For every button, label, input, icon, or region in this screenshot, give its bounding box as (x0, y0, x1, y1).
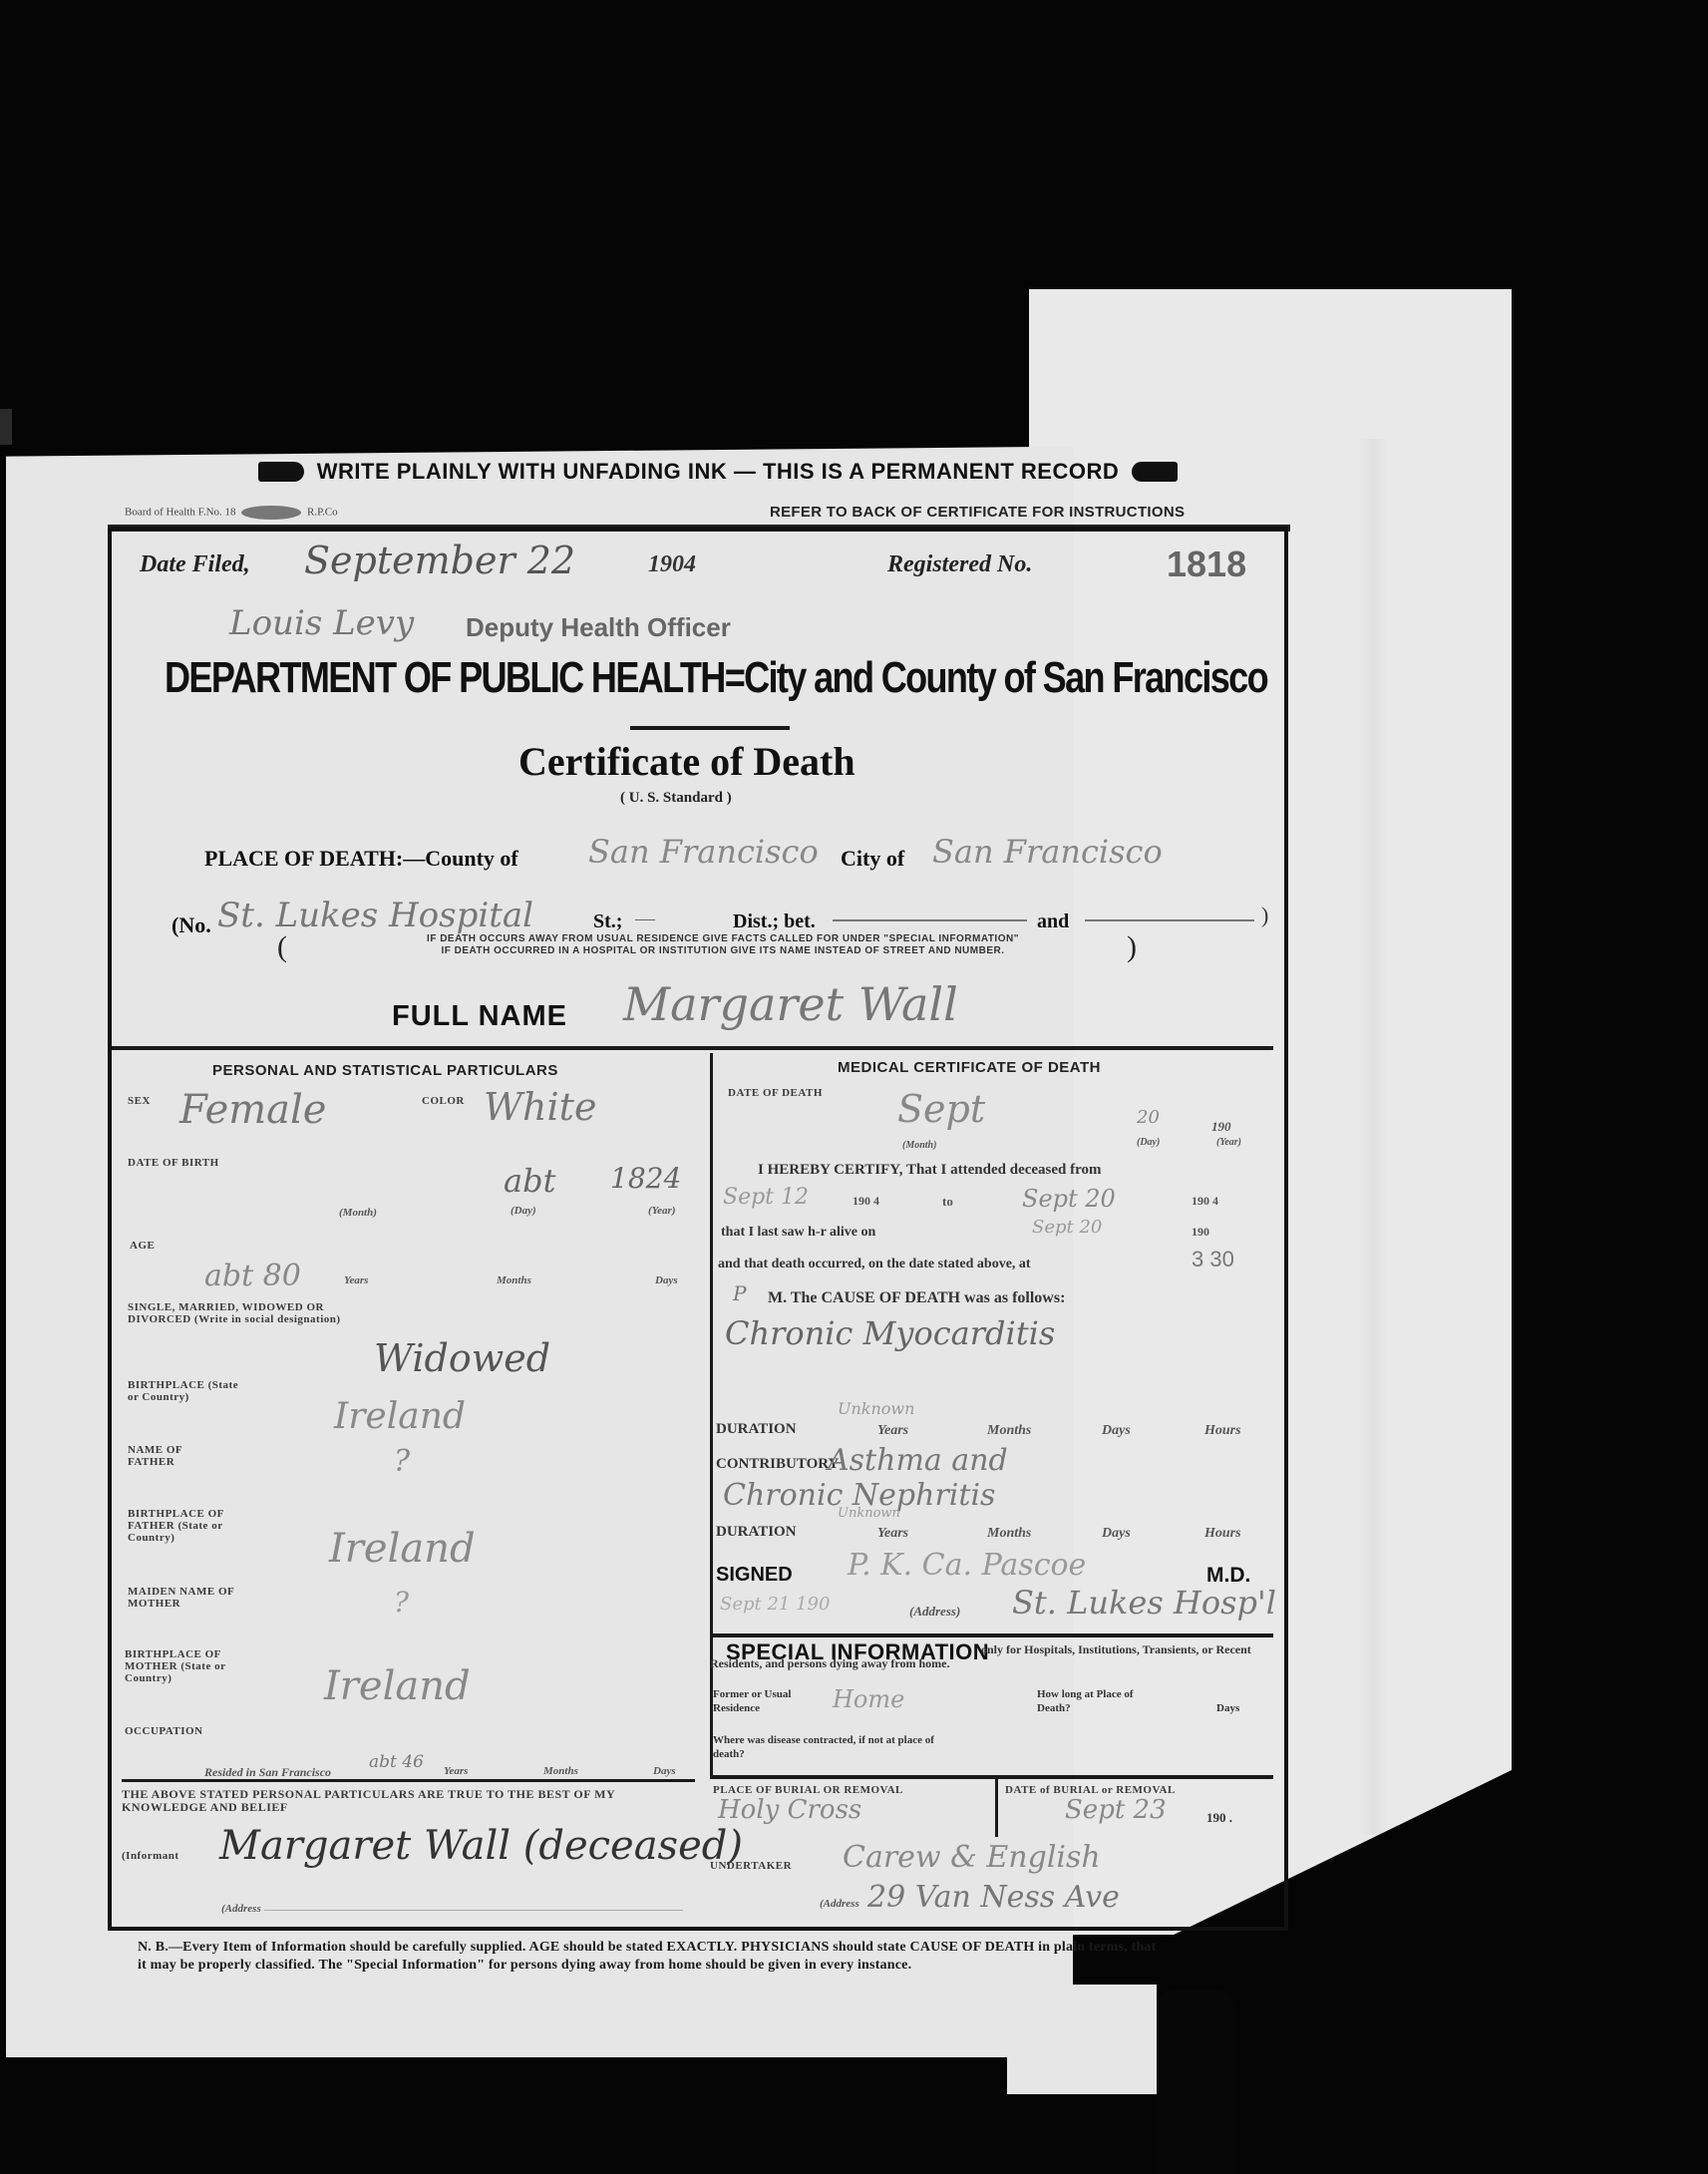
am-pm-value: P (733, 1281, 746, 1305)
physician-address-label: (Address) (909, 1604, 960, 1620)
officer-signature: Louis Levy (229, 603, 414, 643)
attestation-text: THE ABOVE STATED PERSONAL PARTICULARS AR… (122, 1788, 690, 1814)
duration2-months: Months (987, 1526, 1031, 1542)
medical-heading: MEDICAL CERTIFICATE OF DEATH (838, 1059, 1101, 1076)
from-year: 190 4 (853, 1194, 879, 1209)
page-corner (1007, 1985, 1157, 2094)
informant-address-label: (Address (221, 1903, 261, 1915)
age-months-caption: Months (497, 1274, 531, 1286)
signed-label: SIGNED (716, 1564, 793, 1587)
color-label: COLOR (422, 1095, 465, 1107)
physician-signature: P. K. Ca. Pascoe (848, 1548, 1086, 1583)
father-name-label: NAME OF FATHER (128, 1444, 227, 1468)
duration-months: Months (987, 1423, 1031, 1439)
registered-no-value: 1818 (1167, 543, 1246, 585)
date-filed-value: September 22 (304, 539, 575, 582)
paper-fold (1358, 439, 1388, 1835)
occupation-label: OCCUPATION (125, 1725, 203, 1737)
form-printer: R.P.Co (307, 507, 338, 519)
informant-value: Margaret Wall (deceased) (219, 1823, 743, 1869)
last-saw-value: Sept 20 (1032, 1217, 1102, 1238)
duration-value: Unknown (838, 1399, 914, 1418)
city-label: City of (841, 846, 904, 872)
certificate-title: Certificate of Death (518, 738, 855, 785)
death-year-value: 190 (1211, 1119, 1231, 1135)
burial-divider (710, 1775, 1273, 1779)
dob-day-caption: (Day) (511, 1205, 536, 1217)
nb-note: N. B.—Every Item of Information should b… (138, 1939, 1165, 1975)
full-name-label: FULL NAME (392, 1000, 567, 1033)
to-label: to (942, 1194, 953, 1210)
resided-days-caption: Days (653, 1765, 676, 1777)
personal-heading: PERSONAL AND STATISTICAL PARTICULARS (212, 1062, 558, 1079)
place-note: IF DEATH OCCURS AWAY FROM USUAL RESIDENC… (294, 933, 1152, 957)
informant-label: (Informant (122, 1850, 179, 1862)
cause-value: Chronic Myocarditis (725, 1314, 1055, 1352)
department-title: DEPARTMENT OF PUBLIC HEALTH=City and Cou… (165, 653, 1064, 703)
note-paren-close: ) (1127, 930, 1137, 964)
scanner-shadow (1157, 1990, 1234, 2174)
binding-edge (0, 409, 12, 445)
dob-day-value: abt (504, 1162, 555, 1200)
district-blank (833, 919, 1027, 921)
attest-divider (122, 1779, 695, 1782)
signed-date: Sept 21 190 (720, 1594, 830, 1615)
death-month-value: Sept (897, 1087, 985, 1131)
birthplace-label: BIRTHPLACE (State or Country) (128, 1379, 247, 1403)
duration-hours: Hours (1204, 1423, 1241, 1439)
duration2-years: Years (877, 1526, 908, 1542)
title-rule (630, 726, 790, 730)
street-label: St.; (593, 910, 622, 933)
place-of-death-label: PLACE OF DEATH:—County of (204, 846, 518, 872)
burial-place-value: Holy Cross (718, 1795, 861, 1825)
burial-year: 190 . (1206, 1810, 1232, 1826)
street-value: — (635, 907, 655, 930)
last-saw-year: 190 (1192, 1225, 1209, 1240)
warning-text: WRITE PLAINLY WITH UNFADING INK — THIS I… (317, 459, 1120, 484)
sex-value: Female (179, 1087, 326, 1133)
informant-address-blank (264, 1910, 683, 1911)
instructions-note: REFER TO BACK OF CERTIFICATE FOR INSTRUC… (770, 504, 1185, 521)
resided-value: abt 46 (369, 1752, 424, 1772)
dob-year-caption: (Year) (648, 1205, 676, 1217)
age-value: abt 80 (204, 1259, 301, 1293)
marital-value: Widowed (374, 1336, 550, 1380)
undertaker-address-label: (Address (820, 1898, 859, 1910)
death-year-caption: (Year) (1216, 1137, 1241, 1148)
us-standard: ( U. S. Standard ) (620, 790, 732, 807)
how-long-label: How long at Place of Death? (1037, 1687, 1147, 1715)
attended-from-value: Sept 12 (723, 1185, 809, 1210)
registered-no-label: Registered No. (887, 551, 1032, 578)
sex-label: SEX (128, 1095, 151, 1107)
physician-address-value: St. Lukes Hosp'l (1012, 1584, 1276, 1622)
burial-col-divider (995, 1779, 998, 1837)
note-paren-open: ( (277, 930, 287, 964)
time-of-death: 3 30 (1192, 1247, 1234, 1272)
duration-years: Years (877, 1423, 908, 1439)
age-years-caption: Years (344, 1274, 368, 1286)
full-name-value: Margaret Wall (623, 977, 958, 1031)
how-long-days: Days (1216, 1702, 1239, 1714)
form-number: Board of Health F.No. 18 R.P.Co (125, 506, 338, 520)
special-subheading: only for Hospitals, Institutions, Transi… (710, 1642, 1273, 1670)
street-no-label: (No. (171, 912, 211, 938)
duration2-days: Days (1102, 1526, 1131, 1542)
permanent-record-warning: WRITE PLAINLY WITH UNFADING INK — THIS I… (179, 459, 1256, 485)
attended-to-value: Sept 20 (1022, 1185, 1116, 1213)
resided-months-caption: Months (543, 1765, 578, 1777)
dob-label: DATE OF BIRTH (128, 1157, 219, 1169)
mother-birthplace-label: BIRTHPLACE OF MOTHER (State or Country) (125, 1648, 254, 1684)
date-filed-year: 1904 (648, 551, 696, 578)
place-note-line1: IF DEATH OCCURS AWAY FROM USUAL RESIDENC… (294, 933, 1152, 945)
cause-text: M. The CAUSE OF DEATH was as follows: (768, 1289, 1065, 1307)
resided-label: Resided in San Francisco (204, 1765, 331, 1780)
occurred-text: and that death occurred, on the date sta… (718, 1257, 1031, 1272)
duration-label: DURATION (716, 1421, 797, 1438)
and-label: and (1037, 910, 1069, 933)
death-day-value: 20 (1137, 1107, 1160, 1128)
certify-text: I HEREBY CERTIFY, That I attended deceas… (758, 1162, 1102, 1179)
birthplace-value: Ireland (334, 1396, 466, 1437)
age-days-caption: Days (655, 1274, 678, 1286)
father-birthplace-value: Ireland (329, 1526, 476, 1572)
resided-years-caption: Years (444, 1765, 468, 1777)
officer-title: Deputy Health Officer (466, 612, 731, 643)
undertaker-address-value: 29 Van Ness Ave (867, 1880, 1120, 1915)
mother-birthplace-value: Ireland (324, 1663, 471, 1709)
and-blank (1085, 919, 1254, 921)
place-note-line2: IF DEATH OCCURRED IN A HOSPITAL OR INSTI… (294, 945, 1152, 957)
pointing-hand-icon (258, 462, 304, 482)
to-year: 190 4 (1192, 1194, 1218, 1209)
dob-year-value: 1824 (610, 1162, 681, 1195)
duration-days: Days (1102, 1423, 1131, 1439)
mother-name-value: ? (394, 1586, 409, 1619)
name-divider (112, 1046, 1273, 1050)
form-id: Board of Health F.No. 18 (125, 507, 236, 519)
date-of-death-label: DATE OF DEATH (728, 1087, 823, 1099)
death-month-caption: (Month) (902, 1140, 936, 1151)
hospital-value: St. Lukes Hospital (217, 896, 533, 935)
residence-value: Home (833, 1685, 904, 1713)
dob-month-caption: (Month) (339, 1207, 377, 1219)
undertaker-value: Carew & English (843, 1840, 1101, 1875)
death-day-caption: (Day) (1137, 1137, 1160, 1148)
undertaker-label: UNDERTAKER (710, 1860, 792, 1872)
paren-close: ) (1261, 903, 1268, 928)
nb-text: Every Item of Information should be care… (138, 1940, 1157, 1973)
contributory-label: CONTRIBUTORY (716, 1456, 839, 1473)
burial-date-value: Sept 23 (1065, 1795, 1167, 1825)
city-value: San Francisco (932, 833, 1163, 871)
residence-label: Former or Usual Residence (713, 1687, 793, 1715)
contracted-label: Where was disease contracted, if not at … (713, 1733, 942, 1761)
mother-name-label: MAIDEN NAME OF MOTHER (128, 1586, 267, 1610)
father-birthplace-label: BIRTHPLACE OF FATHER (State or Country) (128, 1508, 257, 1544)
duration2-hours: Hours (1204, 1526, 1241, 1542)
duration2-label: DURATION (716, 1524, 797, 1541)
last-saw-label: that I last saw h-r alive on (721, 1225, 875, 1241)
district-label: Dist.; bet. (733, 910, 816, 933)
special-divider (713, 1633, 1273, 1637)
contributory-value-1: Asthma and (828, 1443, 1008, 1478)
marital-label: SINGLE, MARRIED, WIDOWED OR DIVORCED (Wr… (128, 1301, 347, 1325)
printer-seal-icon (241, 506, 301, 520)
father-name-value: ? (394, 1444, 410, 1479)
date-filed-label: Date Filed, (140, 551, 250, 578)
age-label: AGE (130, 1240, 155, 1252)
color-value: White (484, 1085, 596, 1129)
duration2-value: Unknown (838, 1506, 900, 1521)
pointing-hand-icon (1132, 462, 1178, 482)
nb-label: N. B.— (138, 1940, 182, 1955)
county-value: San Francisco (588, 833, 819, 871)
